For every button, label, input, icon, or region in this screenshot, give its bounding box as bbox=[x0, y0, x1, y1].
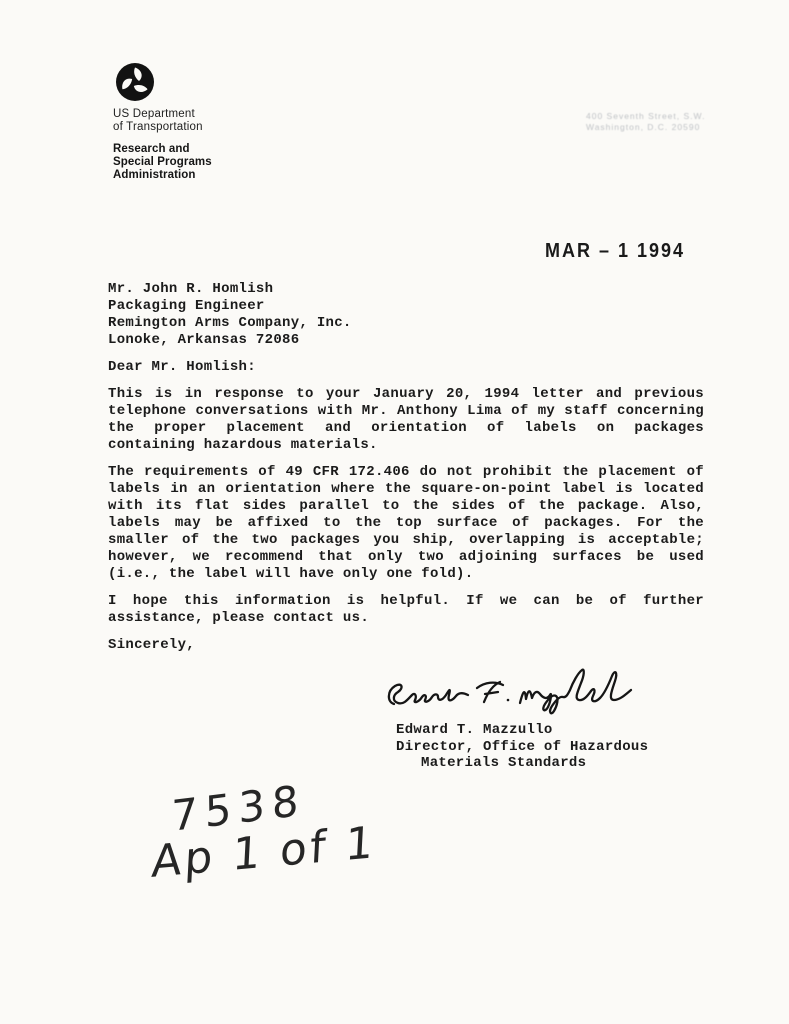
signer-name: Edward T. Mazzullo bbox=[396, 722, 704, 739]
signer-title-line1: Director, Office of Hazardous bbox=[396, 739, 704, 756]
stamp-line2: Washington, D.C. 20590 bbox=[586, 122, 705, 133]
us-dot-triskelion-logo bbox=[115, 62, 155, 102]
recipient-city: Lonoke, Arkansas 72086 bbox=[108, 332, 704, 349]
paragraph-1: This is in response to your January 20, … bbox=[108, 386, 704, 454]
recipient-company: Remington Arms Company, Inc. bbox=[108, 315, 704, 332]
salutation: Dear Mr. Homlish: bbox=[108, 359, 704, 376]
handwritten-signature bbox=[384, 664, 646, 722]
date-stamp: MAR – 1 1994 bbox=[545, 238, 685, 262]
valediction: Sincerely, bbox=[108, 637, 704, 654]
paragraph-3: I hope this information is helpful. If w… bbox=[108, 593, 704, 627]
signer-title-line2: Materials Standards bbox=[396, 755, 704, 772]
faint-address-stamp: 400 Seventh Street, S.W. Washington, D.C… bbox=[586, 111, 705, 133]
handwritten-note: 7538 Ap 1 of 1 bbox=[148, 776, 378, 884]
recipient-address: Mr. John R. Homlish Packaging Engineer R… bbox=[108, 281, 704, 349]
department-line1: US Department bbox=[113, 108, 212, 121]
agency-line3: Administration bbox=[113, 169, 212, 182]
recipient-name: Mr. John R. Homlish bbox=[108, 281, 704, 298]
letterhead: US Department of Transportation Research… bbox=[113, 62, 212, 182]
agency-line2: Special Programs bbox=[113, 156, 212, 169]
signature-block: Edward T. Mazzullo Director, Office of H… bbox=[396, 722, 704, 772]
agency-line1: Research and bbox=[113, 143, 212, 156]
department-line2: of Transportation bbox=[113, 121, 212, 134]
department-name: US Department of Transportation bbox=[113, 108, 212, 134]
scanned-letter-page: US Department of Transportation Research… bbox=[0, 0, 789, 1024]
paragraph-2: The requirements of 49 CFR 172.406 do no… bbox=[108, 464, 704, 583]
stamp-line1: 400 Seventh Street, S.W. bbox=[586, 111, 705, 122]
letter-body: Mr. John R. Homlish Packaging Engineer R… bbox=[108, 281, 704, 772]
agency-name: Research and Special Programs Administra… bbox=[113, 143, 212, 182]
recipient-title: Packaging Engineer bbox=[108, 298, 704, 315]
